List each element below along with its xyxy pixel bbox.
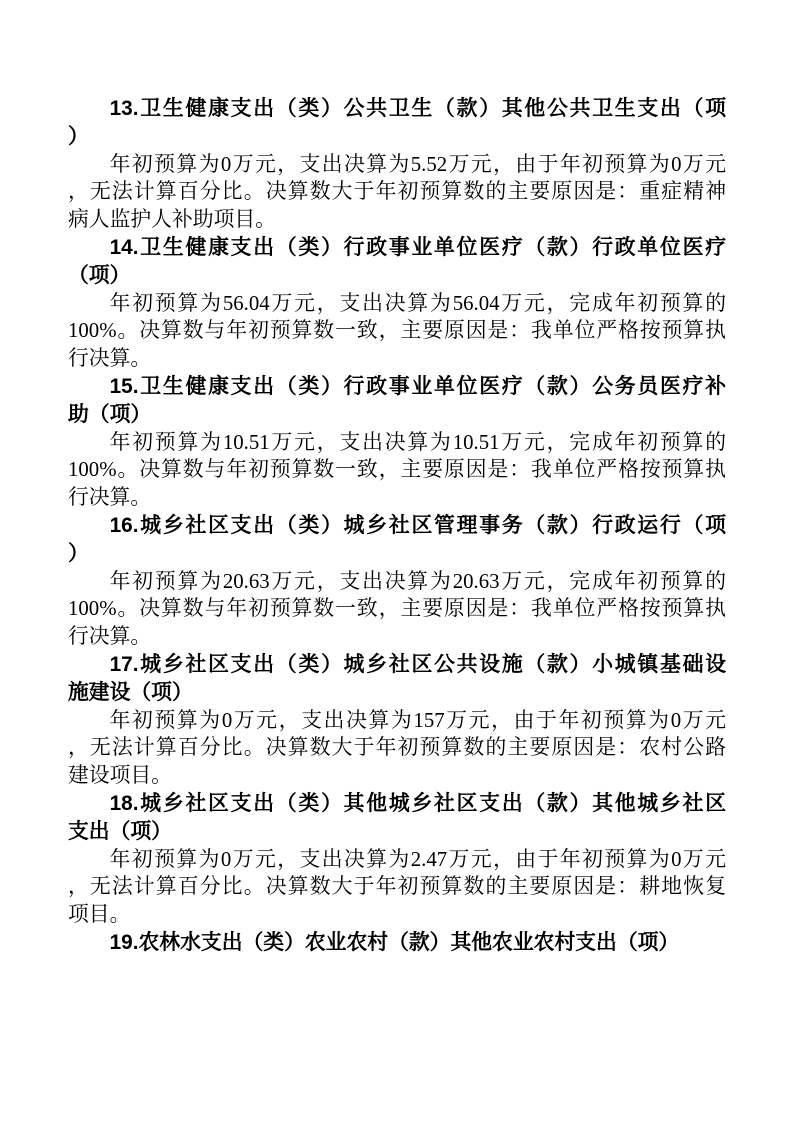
- section-17-body-line-3: 建设项目。: [68, 762, 726, 790]
- section-18-body-line-2: ，无法计算百分比。决算数大于年初预算数的主要原因是：耕地恢复: [68, 873, 726, 901]
- section-15-body-line-3: 行决算。: [68, 484, 726, 512]
- section-16-heading-line-2: ）: [68, 540, 726, 568]
- section-13-heading-line-2: ）: [68, 123, 726, 151]
- section-15-heading-line-2: 助（项）: [68, 401, 726, 429]
- section-17-body-line-2: ，无法计算百分比。决算数大于年初预算数的主要原因是：农村公路: [68, 734, 726, 762]
- section-18: 18.城乡社区支出（类）其他城乡社区支出（款）其他城乡社区 支出（项） 年初预算…: [68, 790, 726, 929]
- section-16-body-line-3: 行决算。: [68, 623, 726, 651]
- section-13-body-line-3: 病人监护人补助项目。: [68, 206, 726, 234]
- section-18-heading-line-1: 18.城乡社区支出（类）其他城乡社区支出（款）其他城乡社区: [68, 790, 726, 818]
- section-17-heading-line-2: 施建设（项）: [68, 679, 726, 707]
- section-14-heading-line-2: （项）: [68, 262, 726, 290]
- section-15-heading-line-1: 15.卫生健康支出（类）行政事业单位医疗（款）公务员医疗补: [68, 373, 726, 401]
- section-14-body-line-2: 100%。决算数与年初预算数一致，主要原因是：我单位严格按预算执: [68, 317, 726, 345]
- section-19-heading-line-1: 19.农林水支出（类）农业农村（款）其他农业农村支出（项）: [68, 929, 726, 957]
- section-15-body-line-2: 100%。决算数与年初预算数一致，主要原因是：我单位严格按预算执: [68, 456, 726, 484]
- section-19: 19.农林水支出（类）农业农村（款）其他农业农村支出（项）: [68, 929, 726, 957]
- section-14-body-line-3: 行决算。: [68, 345, 726, 373]
- section-18-body-line-1: 年初预算为0万元，支出决算为2.47万元，由于年初预算为0万元: [68, 846, 726, 874]
- section-17-heading-line-1: 17.城乡社区支出（类）城乡社区公共设施（款）小城镇基础设: [68, 651, 726, 679]
- section-16-heading-line-1: 16.城乡社区支出（类）城乡社区管理事务（款）行政运行（项: [68, 512, 726, 540]
- section-17: 17.城乡社区支出（类）城乡社区公共设施（款）小城镇基础设 施建设（项） 年初预…: [68, 651, 726, 790]
- section-15: 15.卫生健康支出（类）行政事业单位医疗（款）公务员医疗补 助（项） 年初预算为…: [68, 373, 726, 512]
- section-13-body-line-2: ，无法计算百分比。决算数大于年初预算数的主要原因是：重症精神: [68, 178, 726, 206]
- document-page: 13.卫生健康支出（类）公共卫生（款）其他公共卫生支出（项 ） 年初预算为0万元…: [0, 0, 793, 1122]
- section-16-body-line-2: 100%。决算数与年初预算数一致，主要原因是：我单位严格按预算执: [68, 595, 726, 623]
- document-content: 13.卫生健康支出（类）公共卫生（款）其他公共卫生支出（项 ） 年初预算为0万元…: [68, 95, 726, 957]
- section-14-heading-line-1: 14.卫生健康支出（类）行政事业单位医疗（款）行政单位医疗: [68, 234, 726, 262]
- section-13-body-line-1: 年初预算为0万元，支出决算为5.52万元，由于年初预算为0万元: [68, 151, 726, 179]
- section-16: 16.城乡社区支出（类）城乡社区管理事务（款）行政运行（项 ） 年初预算为20.…: [68, 512, 726, 651]
- section-18-heading-line-2: 支出（项）: [68, 818, 726, 846]
- section-14-body-line-1: 年初预算为56.04万元，支出决算为56.04万元，完成年初预算的: [68, 290, 726, 318]
- section-14: 14.卫生健康支出（类）行政事业单位医疗（款）行政单位医疗 （项） 年初预算为5…: [68, 234, 726, 373]
- section-16-body-line-1: 年初预算为20.63万元，支出决算为20.63万元，完成年初预算的: [68, 568, 726, 596]
- section-17-body-line-1: 年初预算为0万元，支出决算为157万元，由于年初预算为0万元: [68, 707, 726, 735]
- section-15-body-line-1: 年初预算为10.51万元，支出决算为10.51万元，完成年初预算的: [68, 429, 726, 457]
- section-13-heading-line-1: 13.卫生健康支出（类）公共卫生（款）其他公共卫生支出（项: [68, 95, 726, 123]
- section-13: 13.卫生健康支出（类）公共卫生（款）其他公共卫生支出（项 ） 年初预算为0万元…: [68, 95, 726, 234]
- section-18-body-line-3: 项目。: [68, 901, 726, 929]
